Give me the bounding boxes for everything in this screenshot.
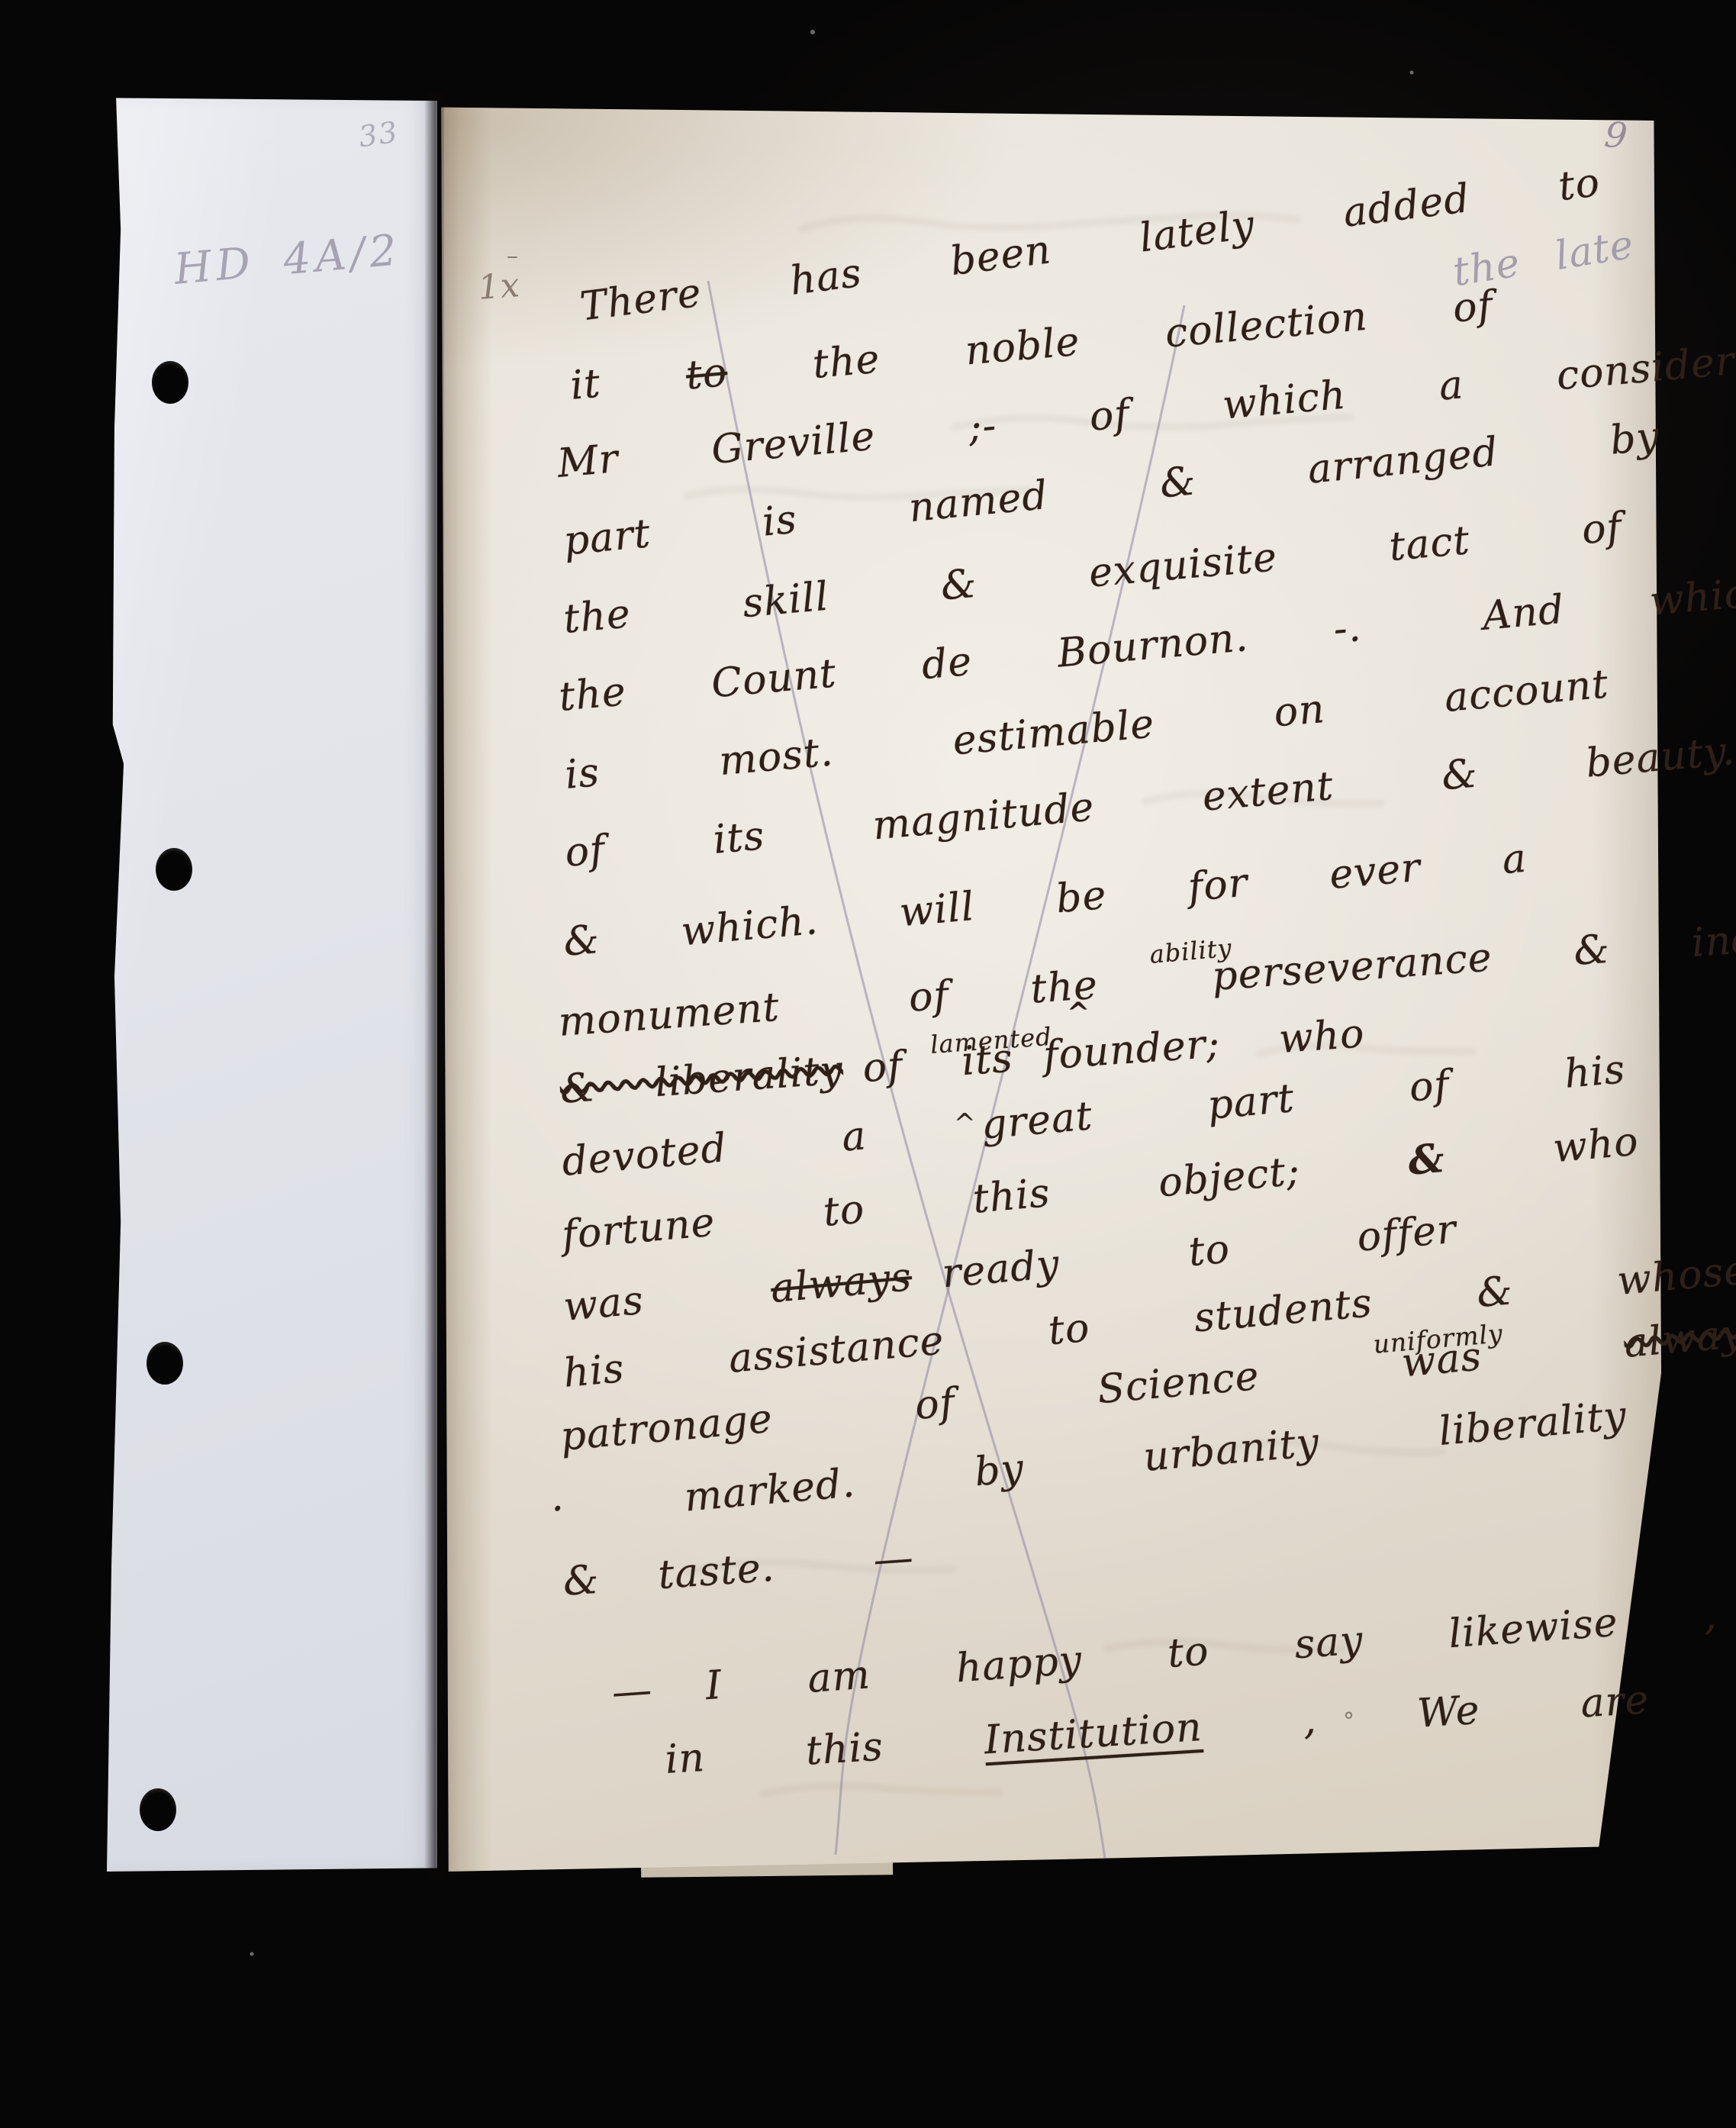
manuscript-word-segment: was <box>562 1266 773 1330</box>
punch-hole <box>147 1342 183 1385</box>
manuscript-word-segment: 1x <box>477 266 521 308</box>
archive-reference: HD 4A/2 <box>172 225 404 295</box>
manuscript-word-segment: & taste. <box>562 1545 776 1605</box>
manuscript-word-segment: to <box>684 350 729 398</box>
manuscript-word-segment: it <box>568 353 688 409</box>
manuscript-word-segment: to offer <box>1187 1207 1458 1275</box>
punch-hole <box>152 361 188 404</box>
manuscript-word-segment: — <box>610 1667 654 1716</box>
manuscript-word-segment: always <box>1622 1309 1736 1367</box>
manuscript-word-segment: ° <box>1343 1708 1355 1735</box>
manuscript-word-segment: – <box>507 243 519 269</box>
punch-hole <box>156 848 192 891</box>
punch-hole <box>140 1788 176 1831</box>
manuscript-word-segment: , We are possessed <box>1201 1658 1736 1750</box>
manuscript-word-segment: always <box>769 1254 914 1312</box>
line-02-pencil-insert: the late <box>1450 222 1637 296</box>
insert-caret-1: ^ <box>1067 997 1090 1029</box>
manuscript-word-segment: Institution <box>983 1704 1203 1763</box>
manuscript-word-segment: ^ <box>1067 997 1090 1029</box>
ring-mark: ° <box>1343 1708 1355 1735</box>
manuscript-word-segment: And which <box>1480 569 1736 640</box>
guard-stub-page: 33 HD 4A/2 <box>107 96 437 1872</box>
margin-mark: 1x <box>477 266 521 308</box>
gutter-seam-shadow <box>424 92 444 1879</box>
manuscript-word-segment: — <box>872 1535 916 1584</box>
manuscript-word-segment: & <box>1406 1135 1447 1185</box>
manuscript-word-segment: the late <box>1450 222 1637 296</box>
folio-number: 33 <box>356 115 401 154</box>
manuscript-word-segment: in this <box>664 1717 986 1782</box>
margin-mark-dash: – <box>507 243 519 269</box>
manuscript-word-segment: of its <box>862 1036 1015 1092</box>
archive-photograph: 9 1x–There has been lately added toit to… <box>0 0 1736 2128</box>
line-18: & taste.— <box>562 1535 916 1605</box>
manuscript-word-segment: ready <box>940 1241 1061 1297</box>
manuscript-word-segment: perseverance & industry <box>1210 908 1736 1000</box>
manuscript-word-segment: who <box>1443 1119 1641 1182</box>
manuscript-word-segment: monument <box>557 985 781 1046</box>
manuscript-word-segment: & liberality <box>559 1047 845 1113</box>
